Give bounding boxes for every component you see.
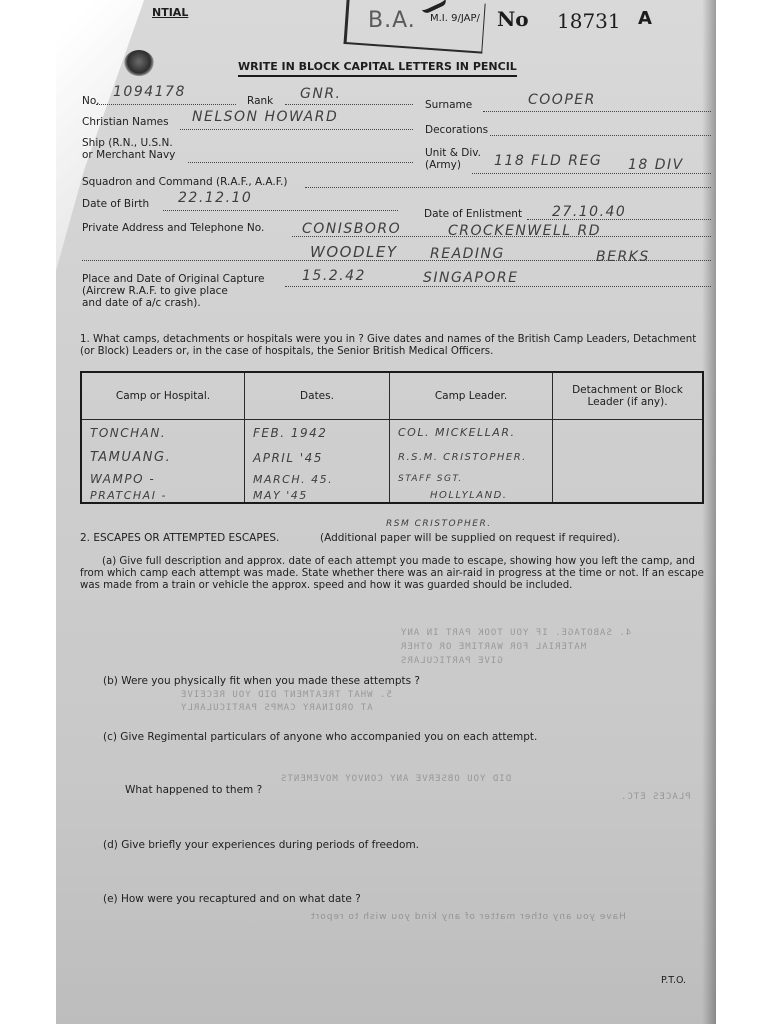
bleed-through-text: MATERIAL FOR WARTIME OR OTHER [400,642,586,652]
question-2d: (d) Give briefly your experiences during… [103,839,419,851]
bleed-through-text: GIVE PARTICULARS [400,656,503,666]
punch-hole [124,50,154,76]
address-line2-part1[interactable]: WOODLEY [310,243,398,261]
cell-camp-leader[interactable]: R.S.M. CRISTOPHER. [390,445,553,470]
camps-table: Camp or Hospital. Dates. Camp Leader. De… [80,371,704,504]
capture-line [285,286,711,287]
decorations-label: Decorations [425,124,488,136]
capture-label-1: Place and Date of Original Capture [82,273,264,285]
army-number-value[interactable]: 1094178 [113,84,186,100]
table-row: TAMUANG. APRIL '45 R.S.M. CRISTOPHER. [81,445,703,470]
bleed-through-text: Have you any other matter of any kind yo… [310,912,626,922]
cell-detachment-leader[interactable] [553,445,704,470]
section2-note: (Additional paper will be supplied on re… [320,532,620,544]
army-number-line [96,104,236,105]
ship-line [188,162,413,163]
question-2c: (c) Give Regimental particulars of anyon… [103,731,537,743]
squadron-label: Squadron and Command (R.A.F., A.A.F.) [82,176,288,188]
cell-camp-leader[interactable]: STAFF SGT. [390,470,553,488]
cell-dates[interactable]: APRIL '45 [245,445,390,470]
unit-line [472,173,711,174]
instruction-heading: WRITE IN BLOCK CAPITAL LETTERS IN PENCIL [238,61,517,77]
bleed-through-text: 5. WHAT TREATMENT DID YOU RECEIVE [180,690,392,700]
enlistment-value[interactable]: 27.10.40 [552,204,626,220]
cell-detachment-leader[interactable] [553,488,704,503]
dob-value[interactable]: 22.12.10 [178,190,252,206]
decorations-line [490,135,711,136]
overflow-note: RSM CRISTOPHER. [386,519,492,529]
unit-value[interactable]: 118 FLD REG [494,153,602,169]
cell-dates[interactable]: FEB. 1942 [245,420,390,446]
cell-dates[interactable]: MARCH. 45. [245,470,390,488]
cell-camp[interactable]: TAMUANG. [81,445,245,470]
bleed-through-text: DID YOU OBSERVE ANY CONVOY MOVEMENTS [280,774,511,784]
address-line1-part1[interactable]: CONISBORO [302,221,401,237]
christian-names-value[interactable]: NELSON HOWARD [192,109,338,125]
rank-label: Rank [247,95,273,107]
question-2e: (e) How were you recaptured and on what … [103,893,361,905]
question-2c-followup: What happened to them ? [125,784,262,796]
cell-camp[interactable]: WAMPO - [81,470,245,488]
question-2b: (b) Were you physically fit when you mad… [103,675,420,687]
dob-label: Date of Birth [82,198,149,210]
number-label: No [497,7,529,31]
dob-line [163,210,398,211]
cell-camp-leader[interactable]: HOLLYLAND. [390,488,553,503]
table-row: TONCHAN. FEB. 1942 COL. MICKELLAR. [81,420,703,446]
surname-value[interactable]: COOPER [528,92,596,108]
enlistment-line [527,219,711,220]
classification-label: NTIAL [152,7,188,19]
ship-label-2: or Merchant Navy [82,149,175,161]
serial-suffix: A [638,8,652,29]
cell-camp-leader[interactable]: COL. MICKELLAR. [390,420,553,446]
christian-names-label: Christian Names [82,116,169,128]
cell-detachment-leader[interactable] [553,420,704,446]
capture-place-value[interactable]: SINGAPORE [423,270,518,286]
address-label: Private Address and Telephone No. [82,222,264,234]
army-number-label: No. [82,95,99,107]
cell-camp[interactable]: PRATCHAI - [81,488,245,503]
section2-heading: 2. ESCAPES OR ATTEMPTED ESCAPES. [80,532,279,544]
surname-label: Surname [425,99,472,111]
column-header-dates: Dates. [245,372,390,420]
reference-code: M.I. 9/JAP/ [430,13,480,24]
stamp-initials: B.A. [368,8,416,33]
unit-label-1: Unit & Div. [425,147,481,159]
capture-label-3: and date of a/c crash). [82,297,201,309]
division-value[interactable]: 18 DIV [628,157,684,173]
table-row: PRATCHAI - MAY '45 HOLLYLAND. [81,488,703,503]
column-header-camp-leader: Camp Leader. [390,372,553,420]
unit-label-2: (Army) [425,159,461,171]
capture-date-value[interactable]: 15.2.42 [302,268,366,284]
section1-question: 1. What camps, detachments or hospitals … [80,334,710,358]
rank-value[interactable]: GNR. [300,86,342,102]
bleed-through-text: AT ORDINARY CAMPS PARTICULARLY [180,703,373,713]
capture-label-2: (Aircrew R.A.F. to give place [82,285,228,297]
serial-number: 18731 [557,9,621,33]
surname-line [483,111,711,112]
address-line2 [82,260,711,261]
squadron-line [305,187,711,188]
bleed-through-text: 4. SABOTAGE. IF YOU TOOK PART IN ANY [400,628,631,638]
table-header-row: Camp or Hospital. Dates. Camp Leader. De… [81,372,703,420]
ship-label-1: Ship (R.N., U.S.N. [82,137,173,149]
enlistment-label: Date of Enlistment [424,208,522,220]
please-turn-over: P.T.O. [661,975,686,987]
column-header-detachment-leader: Detachment or Block Leader (if any). [553,372,704,420]
question-2a: (a) Give full description and approx. da… [80,556,706,592]
column-header-camp: Camp or Hospital. [81,372,245,420]
address-line1 [292,236,711,237]
table-row: WAMPO - MARCH. 45. STAFF SGT. [81,470,703,488]
rank-line [285,104,413,105]
christian-names-line [180,129,413,130]
cell-dates[interactable]: MAY '45 [245,488,390,503]
address-line2-part3[interactable]: BERKS [596,249,650,265]
bleed-through-text: PLACES ETC. [620,792,691,802]
cell-detachment-leader[interactable] [553,470,704,488]
cell-camp[interactable]: TONCHAN. [81,420,245,446]
